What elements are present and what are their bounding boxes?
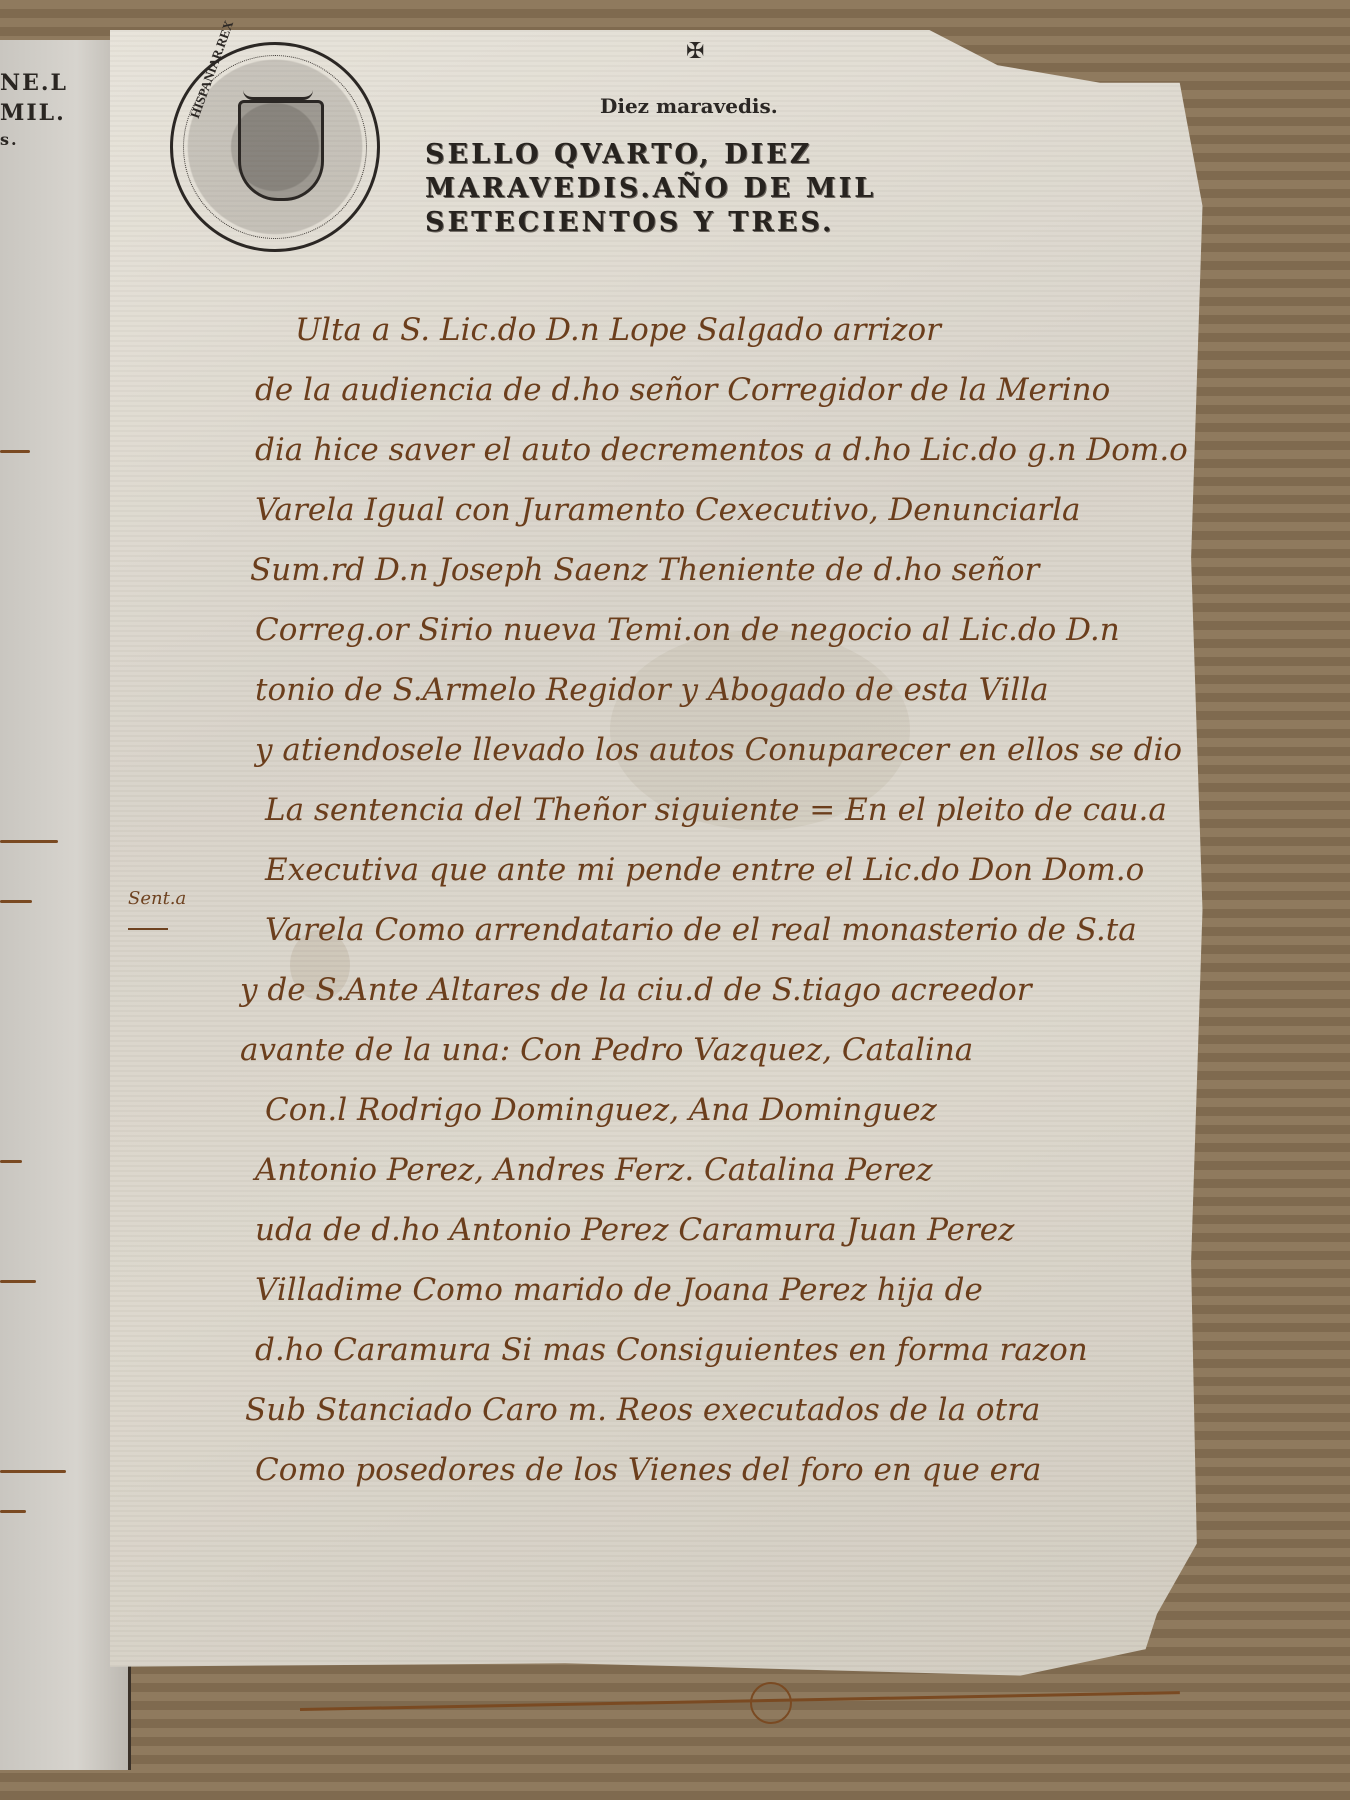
closing-rule-line [300,1691,1180,1711]
facing-page-ink-stroke [0,840,58,843]
handwritten-line: de la audiencia de d.ho señor Corregidor… [235,360,1135,420]
handwritten-line: avante de la una: Con Pedro Vazquez, Cat… [235,1020,1135,1080]
stamp-heading-line: MARAVEDIS.AÑO DE MIL [425,172,876,206]
handwritten-line: y atiendosele llevado los autos Conupare… [235,720,1135,780]
royal-seal-stamp: HISPANIAR.REX [170,42,380,252]
stamp-heading-line: SELLO QVARTO, DIEZ [425,138,876,172]
handwritten-line: Varela Como arrendatario de el real mona… [235,900,1135,960]
coat-of-arms-icon [238,100,324,201]
handwritten-line: Sub Stanciado Caro m. Reos executados de… [235,1380,1135,1440]
stamp-heading-line: SETECIENTOS Y TRES. [425,206,876,240]
facing-page-ink-stroke [0,900,32,903]
facing-page-ink-stroke [0,1280,36,1283]
margin-note: Sent.a [128,888,186,909]
handwritten-line: Executiva que ante mi pende entre el Lic… [235,840,1135,900]
handwritten-line: Con.l Rodrigo Dominguez, Ana Dominguez [235,1080,1135,1140]
facing-page-stamp-fragment-3: s. [0,130,19,149]
handwritten-line: uda de d.ho Antonio Perez Caramura Juan … [235,1200,1135,1260]
handwritten-line: Antonio Perez, Andres Ferz. Catalina Per… [235,1140,1135,1200]
handwritten-line: d.ho Caramura Si mas Consiguientes en fo… [235,1320,1135,1380]
handwritten-line: Sum.rd D.n Joseph Saenz Theniente de d.h… [235,540,1135,600]
facing-page-ink-stroke [0,1470,66,1473]
handwritten-text: Ulta a S. Lic.do D.n Lope Salgado arrizo… [235,300,1135,1500]
stamp-value-label: Diez maravedis. [600,94,778,118]
stamp-heading: SELLO QVARTO, DIEZ MARAVEDIS.AÑO DE MIL … [425,138,876,240]
facing-page-ink-stroke [0,450,30,453]
handwritten-line: La sentencia del Theñor siguiente = En e… [235,780,1135,840]
handwritten-line: Correg.or Sirio nueva Temi.on de negocio… [235,600,1135,660]
handwritten-line: tonio de S.Armelo Regidor y Abogado de e… [235,660,1135,720]
cross-icon: ✠ [686,38,704,64]
margin-pointer-stroke [128,928,168,930]
crown-icon [243,73,313,100]
facing-page-stamp-fragment-2: MIL. [0,100,66,126]
rubric-flourish-icon [750,1682,792,1724]
handwritten-line: dia hice saver el auto decrementos a d.h… [235,420,1135,480]
handwritten-line: Ulta a S. Lic.do D.n Lope Salgado arrizo… [235,300,1135,360]
facing-page-ink-stroke [0,1510,26,1513]
handwritten-line: Villadime Como marido de Joana Perez hij… [235,1260,1135,1320]
facing-page-ink-stroke [0,1160,22,1163]
handwritten-line: Como posedores de los Vienes del foro en… [235,1440,1135,1500]
facing-page-stamp-fragment-1: NE.L [0,70,68,96]
handwritten-line: y de S.Ante Altares de la ciu.d de S.tia… [235,960,1135,1020]
handwritten-line: Varela Igual con Juramento Cexecutivo, D… [235,480,1135,540]
